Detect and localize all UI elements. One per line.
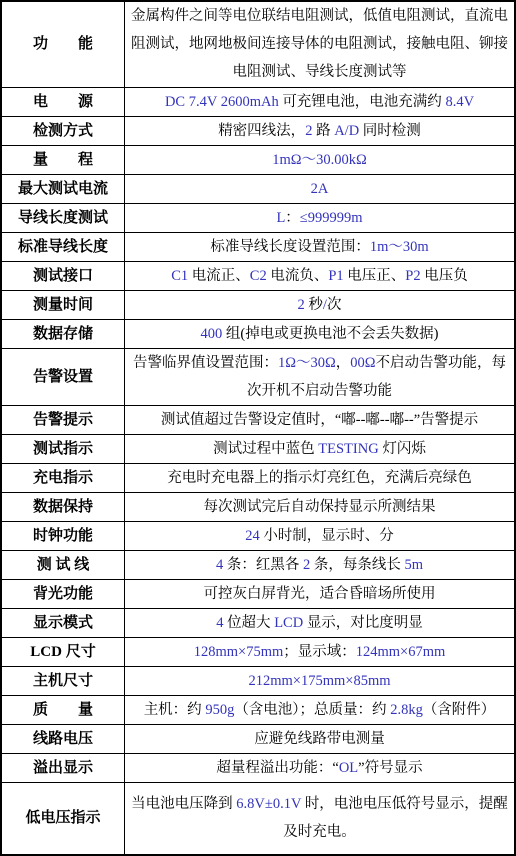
spec-value: 精密四线法，2 路 A/D 同时检测 bbox=[125, 116, 516, 145]
latin-text: 128mm×75mm bbox=[194, 644, 284, 660]
spec-value: 当电池电压降到 6.8V±0.1V 时，电池电压低符号显示，提醒及时充电。 bbox=[125, 782, 516, 855]
spec-value: 每次测试完后自动保持显示所测结果 bbox=[125, 492, 516, 521]
spec-value: 2 秒/次 bbox=[125, 290, 516, 319]
spec-sheet: 功 能 金属构件之间等电位联结电阻测试，低值电阻测试，直流电阻测试，地网地极间连… bbox=[0, 0, 516, 856]
spec-value: DC 7.4V 2600mAh 可充锂电池，电池充满约 8.4V bbox=[125, 87, 516, 116]
spec-table: 功 能 金属构件之间等电位联结电阻测试，低值电阻测试，直流电阻测试，地网地极间连… bbox=[0, 0, 516, 856]
spec-label: 主机尺寸 bbox=[1, 666, 125, 695]
latin-text: 2.8kg bbox=[390, 702, 423, 718]
table-row: 主机尺寸 212mm×175mm×85mm bbox=[1, 666, 515, 695]
table-row: 线路电压 应避免线路带电测量 bbox=[1, 724, 515, 753]
spec-value: 金属构件之间等电位联结电阻测试，低值电阻测试，直流电阻测试，地网地极间连接导体的… bbox=[125, 1, 516, 87]
latin-text: LCD bbox=[274, 615, 303, 631]
table-row: 时钟功能 24 小时制，显示时、分 bbox=[1, 521, 515, 550]
latin-text: 2 bbox=[303, 557, 310, 573]
latin-text: 400 bbox=[200, 326, 222, 342]
table-row: 量 程 1mΩ～30.00kΩ bbox=[1, 145, 515, 174]
spec-value: C1 电流正、C2 电流负、P1 电压正、P2 电压负 bbox=[125, 261, 516, 290]
table-row: 电 源 DC 7.4V 2600mAh 可充锂电池，电池充满约 8.4V bbox=[1, 87, 515, 116]
spec-value: 24 小时制，显示时、分 bbox=[125, 521, 516, 550]
latin-text: OL bbox=[339, 760, 358, 776]
table-row: 告警设置 告警临界值设置范围：1Ω～30Ω，00Ω不启动告警功能，每次开机不启动… bbox=[1, 348, 515, 405]
table-row: 背光功能 可控灰白屏背光，适合昏暗场所使用 bbox=[1, 579, 515, 608]
spec-value: 标准导线长度设置范围：1m～30m bbox=[125, 232, 516, 261]
spec-value: 可控灰白屏背光，适合昏暗场所使用 bbox=[125, 579, 516, 608]
spec-label: 测试指示 bbox=[1, 434, 125, 463]
spec-label: 时钟功能 bbox=[1, 521, 125, 550]
table-row: 测试指示 测试过程中蓝色 TESTING 灯闪烁 bbox=[1, 434, 515, 463]
spec-value: 告警临界值设置范围：1Ω～30Ω，00Ω不启动告警功能，每次开机不启动告警功能 bbox=[125, 348, 516, 405]
latin-text: L bbox=[276, 210, 285, 226]
spec-value: 1mΩ～30.00kΩ bbox=[125, 145, 516, 174]
latin-text: 00Ω bbox=[350, 355, 375, 371]
spec-value: L：≤999999m bbox=[125, 203, 516, 232]
spec-label: 量 程 bbox=[1, 145, 125, 174]
spec-label: 告警设置 bbox=[1, 348, 125, 405]
spec-value: 测试过程中蓝色 TESTING 灯闪烁 bbox=[125, 434, 516, 463]
table-row: 数据存储 400 组(掉电或更换电池不会丢失数据) bbox=[1, 319, 515, 348]
latin-text: A/D bbox=[334, 123, 359, 139]
spec-value: 应避免线路带电测量 bbox=[125, 724, 516, 753]
latin-text: 1Ω～30Ω bbox=[278, 355, 336, 371]
latin-text: 2600mAh bbox=[221, 94, 279, 110]
table-row: LCD 尺寸 128mm×75mm；显示域：124mm×67mm bbox=[1, 637, 515, 666]
spec-value: 400 组(掉电或更换电池不会丢失数据) bbox=[125, 319, 516, 348]
table-row: 质 量 主机：约 950g（含电池）；总质量：约 2.8kg（含附件） bbox=[1, 695, 515, 724]
spec-label: 测 试 线 bbox=[1, 550, 125, 579]
spec-value: 主机：约 950g（含电池）；总质量：约 2.8kg（含附件） bbox=[125, 695, 516, 724]
table-row: 告警提示 测试值超过告警设定值时，“嘟--嘟--嘟--”告警提示 bbox=[1, 405, 515, 434]
latin-text: C1 bbox=[171, 268, 188, 284]
spec-table-body: 功 能 金属构件之间等电位联结电阻测试，低值电阻测试，直流电阻测试，地网地极间连… bbox=[1, 1, 515, 855]
latin-text: 212mm×175mm×85mm bbox=[248, 673, 390, 689]
spec-label: 充电指示 bbox=[1, 463, 125, 492]
latin-text: 5m bbox=[404, 557, 423, 573]
latin-text: DC bbox=[165, 94, 185, 110]
spec-label: 标准导线长度 bbox=[1, 232, 125, 261]
latin-text: 1mΩ～30.00kΩ bbox=[272, 152, 366, 168]
table-row: 测试接口 C1 电流正、C2 电流负、P1 电压正、P2 电压负 bbox=[1, 261, 515, 290]
latin-text: 24 bbox=[245, 528, 260, 544]
table-row: 显示模式 4 位超大 LCD 显示，对比度明显 bbox=[1, 608, 515, 637]
table-row: 溢出显示 超量程溢出功能：“OL”符号显示 bbox=[1, 753, 515, 782]
table-row: 标准导线长度 标准导线长度设置范围：1m～30m bbox=[1, 232, 515, 261]
spec-label: LCD 尺寸 bbox=[1, 637, 125, 666]
spec-label: 检测方式 bbox=[1, 116, 125, 145]
spec-value: 测试值超过告警设定值时，“嘟--嘟--嘟--”告警提示 bbox=[125, 405, 516, 434]
table-row: 测 试 线 4 条：红黑各 2 条，每条线长 5m bbox=[1, 550, 515, 579]
spec-label: 背光功能 bbox=[1, 579, 125, 608]
spec-label: 低电压指示 bbox=[1, 782, 125, 855]
latin-text: 7.4V bbox=[189, 94, 217, 110]
table-row: 数据保持 每次测试完后自动保持显示所测结果 bbox=[1, 492, 515, 521]
table-row: 检测方式 精密四线法，2 路 A/D 同时检测 bbox=[1, 116, 515, 145]
spec-value: 4 位超大 LCD 显示，对比度明显 bbox=[125, 608, 516, 637]
table-row: 最大测试电流 2A bbox=[1, 174, 515, 203]
spec-label: 导线长度测试 bbox=[1, 203, 125, 232]
spec-value: 4 条：红黑各 2 条，每条线长 5m bbox=[125, 550, 516, 579]
spec-value: 212mm×175mm×85mm bbox=[125, 666, 516, 695]
latin-text: 950g bbox=[205, 702, 234, 718]
table-row: 低电压指示 当电池电压降到 6.8V±0.1V 时，电池电压低符号显示，提醒及时… bbox=[1, 782, 515, 855]
spec-label: 线路电压 bbox=[1, 724, 125, 753]
table-row: 充电指示 充电时充电器上的指示灯亮红色，充满后亮绿色 bbox=[1, 463, 515, 492]
spec-label: 告警提示 bbox=[1, 405, 125, 434]
spec-label: 溢出显示 bbox=[1, 753, 125, 782]
latin-text: 4 bbox=[216, 557, 223, 573]
spec-label: 质 量 bbox=[1, 695, 125, 724]
latin-text: / bbox=[323, 297, 327, 313]
table-row: 功 能 金属构件之间等电位联结电阻测试，低值电阻测试，直流电阻测试，地网地极间连… bbox=[1, 1, 515, 87]
spec-label: 测量时间 bbox=[1, 290, 125, 319]
spec-label: 数据保持 bbox=[1, 492, 125, 521]
spec-value: 超量程溢出功能：“OL”符号显示 bbox=[125, 753, 516, 782]
latin-text: 2 bbox=[305, 123, 312, 139]
latin-text: 1m～30m bbox=[370, 239, 429, 255]
spec-value: 128mm×75mm；显示域：124mm×67mm bbox=[125, 637, 516, 666]
latin-text: 124mm×67mm bbox=[356, 644, 446, 660]
spec-value: 2A bbox=[125, 174, 516, 203]
latin-text: C2 bbox=[250, 268, 267, 284]
table-row: 测量时间 2 秒/次 bbox=[1, 290, 515, 319]
latin-text: TESTING bbox=[318, 441, 378, 457]
spec-label: 功 能 bbox=[1, 1, 125, 87]
spec-label: 测试接口 bbox=[1, 261, 125, 290]
latin-text: ≤999999m bbox=[300, 210, 363, 226]
latin-text: 8.4V bbox=[445, 94, 474, 110]
latin-text: P1 bbox=[328, 268, 343, 284]
spec-label: 数据存储 bbox=[1, 319, 125, 348]
spec-label: 电 源 bbox=[1, 87, 125, 116]
spec-label: 最大测试电流 bbox=[1, 174, 125, 203]
latin-text: 2A bbox=[311, 181, 329, 197]
spec-value: 充电时充电器上的指示灯亮红色，充满后亮绿色 bbox=[125, 463, 516, 492]
latin-text: 2 bbox=[298, 297, 305, 313]
spec-label: 显示模式 bbox=[1, 608, 125, 637]
latin-text: 4 bbox=[216, 615, 223, 631]
latin-text: P2 bbox=[405, 268, 420, 284]
latin-text: 6.8V±0.1V bbox=[236, 796, 301, 812]
table-row: 导线长度测试 L：≤999999m bbox=[1, 203, 515, 232]
